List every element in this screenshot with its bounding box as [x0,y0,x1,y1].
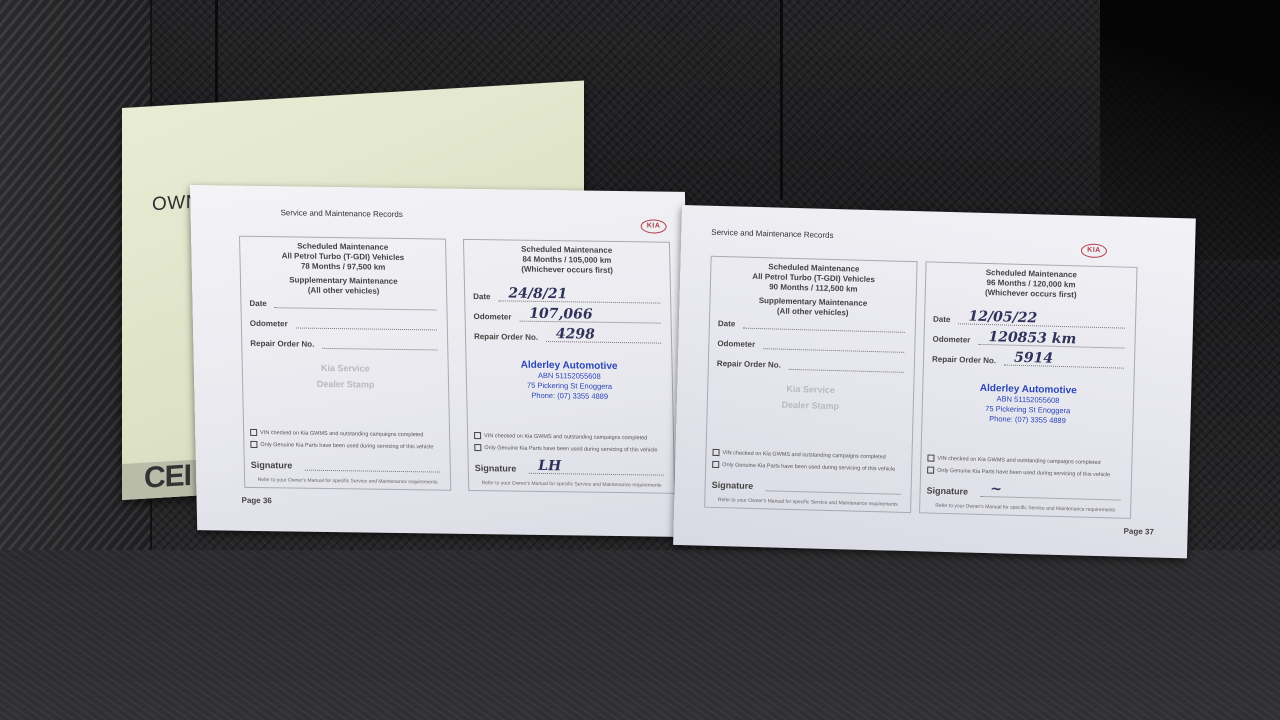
signature-field[interactable]: Signature [712,477,901,495]
repair-order-field[interactable]: Repair Order No.5914 [932,349,1124,369]
odometer-handwritten-value: 107,066 [529,306,593,323]
checkbox-label: VIN checked on Kia GWMS and outstanding … [260,430,423,438]
repair-order-line: 4298 [546,327,661,344]
date-field[interactable]: Date [249,293,436,311]
odometer-label: Odometer [932,335,970,345]
repair-order-label: Repair Order No. [474,332,538,342]
date-label: Date [933,315,951,324]
date-label: Date [473,292,491,301]
date-field[interactable]: Date24/8/21 [473,286,660,304]
page-number: Page 37 [1123,527,1153,537]
date-label: Date [718,319,736,328]
repair-order-label: Repair Order No. [932,355,996,366]
odometer-line: 107,066 [519,307,660,324]
checkbox-label: Only Genuine Kia Parts have been used du… [722,462,895,473]
odometer-label: Odometer [250,319,288,329]
signature-line [765,478,901,495]
entry-footer-note: Refer to your Owner's Manual for specifi… [469,480,674,489]
stamp-phone: Phone: (07) 3355 4889 [467,390,672,403]
checkbox-icon[interactable] [927,467,934,474]
date-line [275,293,437,310]
signature-label: Signature [712,480,754,491]
repair-order-field[interactable]: Repair Order No.4298 [474,326,661,344]
signature-field[interactable]: Signature~ [926,483,1120,501]
service-checkbox[interactable]: VIN checked on Kia GWMS and outstanding … [250,429,445,439]
repair-order-handwritten-value: 5914 [1014,350,1053,367]
signature-handwritten: ~ [990,481,1002,497]
repair-order-line [789,355,904,373]
checkbox-icon[interactable] [712,449,719,456]
maintenance-entry-box: Scheduled MaintenanceAll Petrol Turbo (T… [239,236,451,491]
odometer-field[interactable]: Odometer107,066 [473,306,660,324]
odometer-line: 120853 km [978,330,1125,349]
entry-footer-note: Refer to your Owner's Manual for specifi… [245,477,450,486]
service-checkbox[interactable]: VIN checked on Kia GWMS and outstanding … [474,432,669,442]
checkbox-label: Only Genuine Kia Parts have been used du… [484,445,657,453]
checkbox-label: VIN checked on Kia GWMS and outstanding … [722,450,885,460]
repair-order-label: Repair Order No. [717,359,781,370]
signature-label: Signature [475,463,517,474]
entry-footer-note: Refer to your Owner's Manual for specifi… [920,502,1130,513]
section-title: Service and Maintenance Records [280,208,402,219]
odometer-field[interactable]: Odometer120853 km [932,329,1124,349]
signature-field[interactable]: SignatureLH [475,460,664,476]
date-line: 12/05/22 [958,309,1125,328]
dealer-stamp: Alderley AutomotiveABN 5115205560875 Pic… [922,382,1133,427]
date-handwritten-value: 24/8/21 [508,285,567,302]
entry-heading: Scheduled MaintenanceAll Petrol Turbo (T… [240,241,446,298]
date-label: Date [249,299,267,308]
odometer-line [295,314,436,331]
checkbox-icon[interactable] [250,429,257,436]
service-checkbox[interactable]: Only Genuine Kia Parts have been used du… [927,467,1127,479]
entry-heading: Scheduled MaintenanceAll Petrol Turbo (T… [710,261,916,320]
service-checkbox[interactable]: VIN checked on Kia GWMS and outstanding … [927,455,1127,467]
signature-handwritten: LH [538,458,561,474]
service-booklet: Service and Maintenance RecordsKIASchedu… [0,0,1280,720]
checkbox-icon[interactable] [250,441,257,448]
date-line [743,314,905,333]
checkbox-label: Only Genuine Kia Parts have been used du… [937,467,1110,478]
signature-line: LH [528,461,664,476]
page-36: Service and Maintenance RecordsKIASchedu… [190,185,692,537]
entry-footer-note: Refer to your Owner's Manual for specifi… [705,497,910,508]
date-field[interactable]: Date12/05/22 [933,309,1125,329]
dealer-stamp-placeholder: Kia ServiceDealer Stamp [243,359,449,394]
stamp-placeholder-line: Dealer Stamp [243,375,448,394]
odometer-line [763,334,905,353]
page-37: Service and Maintenance RecordsKIASchedu… [673,205,1196,558]
checkbox-icon[interactable] [474,444,481,451]
entry-heading: Scheduled Maintenance96 Months / 120,000… [926,266,1137,301]
heading-line: (Whichever occurs first) [465,264,670,277]
signature-line [304,458,440,473]
signature-label: Signature [251,460,293,471]
kia-logo-icon: KIA [1081,243,1107,258]
service-checkbox[interactable]: Only Genuine Kia Parts have been used du… [474,444,669,454]
entry-heading: Scheduled Maintenance84 Months / 105,000… [464,244,670,277]
odometer-field[interactable]: Odometer [717,333,904,353]
checkbox-label: Only Genuine Kia Parts have been used du… [260,442,433,450]
service-checkbox[interactable]: VIN checked on Kia GWMS and outstanding … [712,449,907,461]
odometer-handwritten-value: 120853 km [988,329,1076,347]
signature-line: ~ [980,484,1121,501]
odometer-label: Odometer [717,339,755,349]
signature-field[interactable]: Signature [251,457,440,473]
checkbox-icon[interactable] [927,455,934,462]
section-title: Service and Maintenance Records [711,228,833,240]
repair-order-handwritten-value: 4298 [556,326,595,343]
checkbox-label: VIN checked on Kia GWMS and outstanding … [937,455,1100,465]
repair-order-line: 5914 [1004,350,1124,368]
maintenance-entry-box: Scheduled MaintenanceAll Petrol Turbo (T… [704,256,918,513]
maintenance-entry-box: Scheduled Maintenance96 Months / 120,000… [919,261,1138,518]
dealer-stamp: Alderley AutomotiveABN 5115205560875 Pic… [467,360,673,403]
service-checkbox[interactable]: Only Genuine Kia Parts have been used du… [712,461,907,473]
checkbox-icon[interactable] [474,432,481,439]
odometer-field[interactable]: Odometer [250,313,437,331]
checkbox-label: VIN checked on Kia GWMS and outstanding … [484,433,647,441]
repair-order-label: Repair Order No. [250,339,314,349]
maintenance-entry-box: Scheduled Maintenance84 Months / 105,000… [463,239,675,494]
repair-order-field[interactable]: Repair Order No. [250,333,437,351]
date-line: 24/8/21 [498,286,660,303]
signature-label: Signature [926,486,968,497]
checkbox-icon[interactable] [712,461,719,468]
odometer-label: Odometer [474,312,512,322]
date-handwritten-value: 12/05/22 [968,309,1037,327]
repair-order-line [322,334,437,351]
page-number: Page 36 [241,496,271,505]
repair-order-field[interactable]: Repair Order No. [717,353,904,373]
kia-logo-icon: KIA [640,219,666,233]
dealer-stamp-placeholder: Kia ServiceDealer Stamp [708,379,914,416]
service-checkbox[interactable]: Only Genuine Kia Parts have been used du… [250,441,445,451]
